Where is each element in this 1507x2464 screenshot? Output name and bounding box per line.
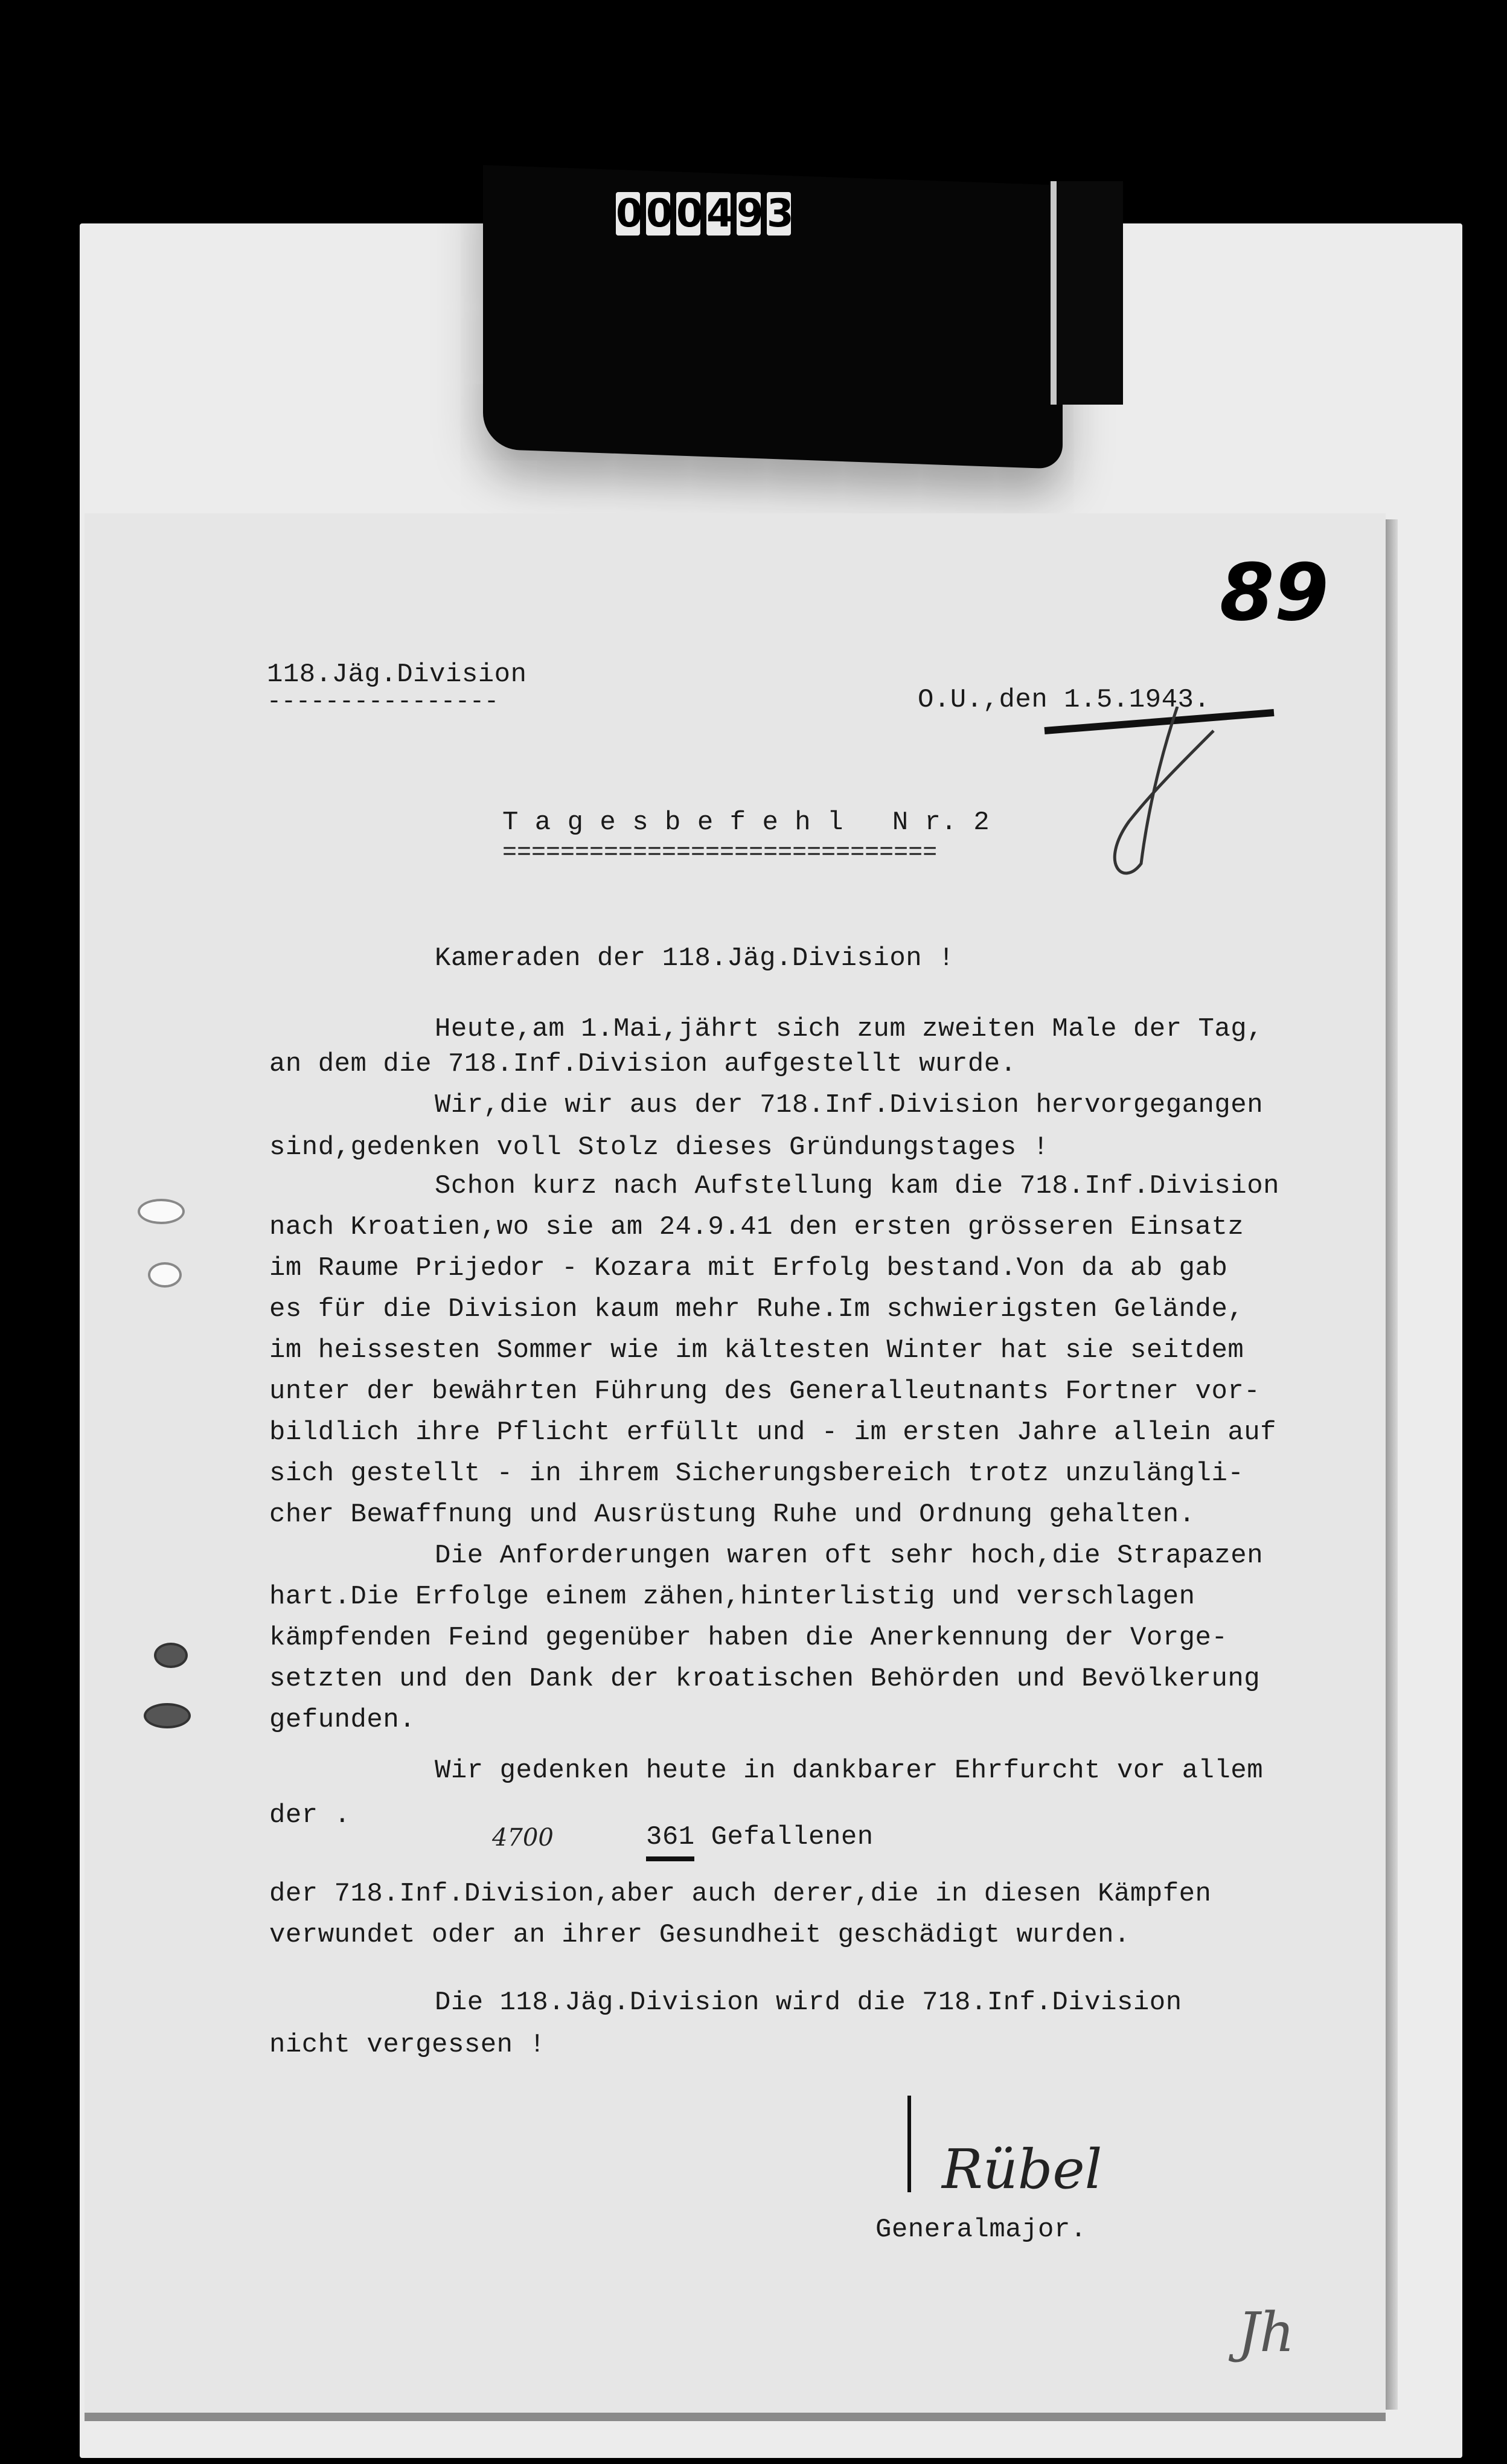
body-line: hart.Die Erfolge einem zähen,hinterlisti…	[269, 1583, 1195, 1610]
body-line: der 718.Inf.Division,aber auch derer,die…	[269, 1881, 1211, 1907]
handwritten-initial-icon	[1038, 707, 1292, 882]
signature-stroke	[907, 2096, 911, 2192]
punch-hole-icon	[154, 1643, 188, 1668]
body-line: gefunden.	[269, 1707, 415, 1733]
body-line: Die Anforderungen waren oft sehr hoch,di…	[435, 1542, 1263, 1569]
counter-knob	[1051, 181, 1123, 405]
counter-digit: 4	[706, 192, 731, 236]
counter-digit: 0	[676, 192, 700, 236]
body-line: Heute,am 1.Mai,jährt sich zum zweiten Ma…	[435, 1016, 1263, 1042]
body-line: an dem die 718.Inf.Division aufgestellt …	[269, 1051, 1017, 1077]
title-underline: ==============================	[502, 839, 937, 867]
unit-underline: ----------------	[267, 688, 499, 716]
body-line: bildlich ihre Pflicht erfüllt und - im e…	[269, 1419, 1276, 1446]
signature: Rübel	[942, 2138, 1102, 2201]
body-line: nach Kroatien,wo sie am 24.9.41 den erst…	[269, 1214, 1244, 1240]
counter-digit: 3	[767, 192, 791, 236]
body-line: Wir,die wir aus der 718.Inf.Division her…	[435, 1092, 1263, 1118]
body-line: sich gestellt - in ihrem Sicherungsberei…	[269, 1460, 1244, 1487]
body-line: der .	[269, 1802, 351, 1829]
unit-header: 118.Jäg.Division	[267, 661, 526, 688]
body-line: im Raume Prijedor - Kozara mit Erfolg be…	[269, 1255, 1227, 1282]
body-line: Wir gedenken heute in dankbarer Ehrfurch…	[435, 1757, 1263, 1784]
body-line: cher Bewaffnung und Ausrüstung Ruhe und …	[269, 1501, 1195, 1528]
salutation: Kameraden der 118.Jäg.Division !	[435, 945, 955, 972]
body-line: Schon kurz nach Aufstellung kam die 718.…	[435, 1173, 1279, 1199]
body-line: es für die Division kaum mehr Ruhe.Im sc…	[269, 1296, 1244, 1323]
counter-digit: 0	[646, 192, 670, 236]
punch-hole-icon	[148, 1262, 182, 1288]
closing-line: Die 118.Jäg.Division wird die 718.Inf.Di…	[435, 1989, 1182, 2016]
body-line: verwundet oder an ihrer Gesundheit gesch…	[269, 1922, 1130, 1948]
frame-counter-digits: 0 0 0 4 9 3	[616, 192, 791, 236]
punch-hole-icon	[144, 1703, 191, 1728]
body-line: kämpfenden Feind gegenüber haben die Ane…	[269, 1625, 1227, 1651]
body-line: setzten und den Dank der kroatischen Beh…	[269, 1666, 1260, 1692]
signature-rank: Generalmajor.	[875, 2216, 1087, 2243]
closing-line: nicht vergessen !	[269, 2032, 545, 2058]
fallen-count-line: 361 Gefallenen	[646, 1824, 874, 1850]
counter-digit: 0	[616, 192, 640, 236]
body-line: im heissesten Sommer wie im kältesten Wi…	[269, 1337, 1244, 1364]
body-line: sind,gedenken voll Stolz dieses Gründung…	[269, 1134, 1049, 1161]
page-number: 89	[1220, 547, 1329, 638]
fallen-count-underline	[646, 1856, 694, 1861]
counter-digit: 9	[737, 192, 761, 236]
handwritten-number-note: 4700	[492, 1824, 554, 1852]
handwritten-initials: Jh	[1238, 2301, 1294, 2364]
document-title: T a g e s b e f e h l N r. 2	[502, 809, 990, 836]
body-line: unter der bewährten Führung des Generall…	[269, 1378, 1260, 1405]
page-edge-shadow	[1386, 519, 1398, 2410]
punch-hole-icon	[138, 1199, 185, 1224]
